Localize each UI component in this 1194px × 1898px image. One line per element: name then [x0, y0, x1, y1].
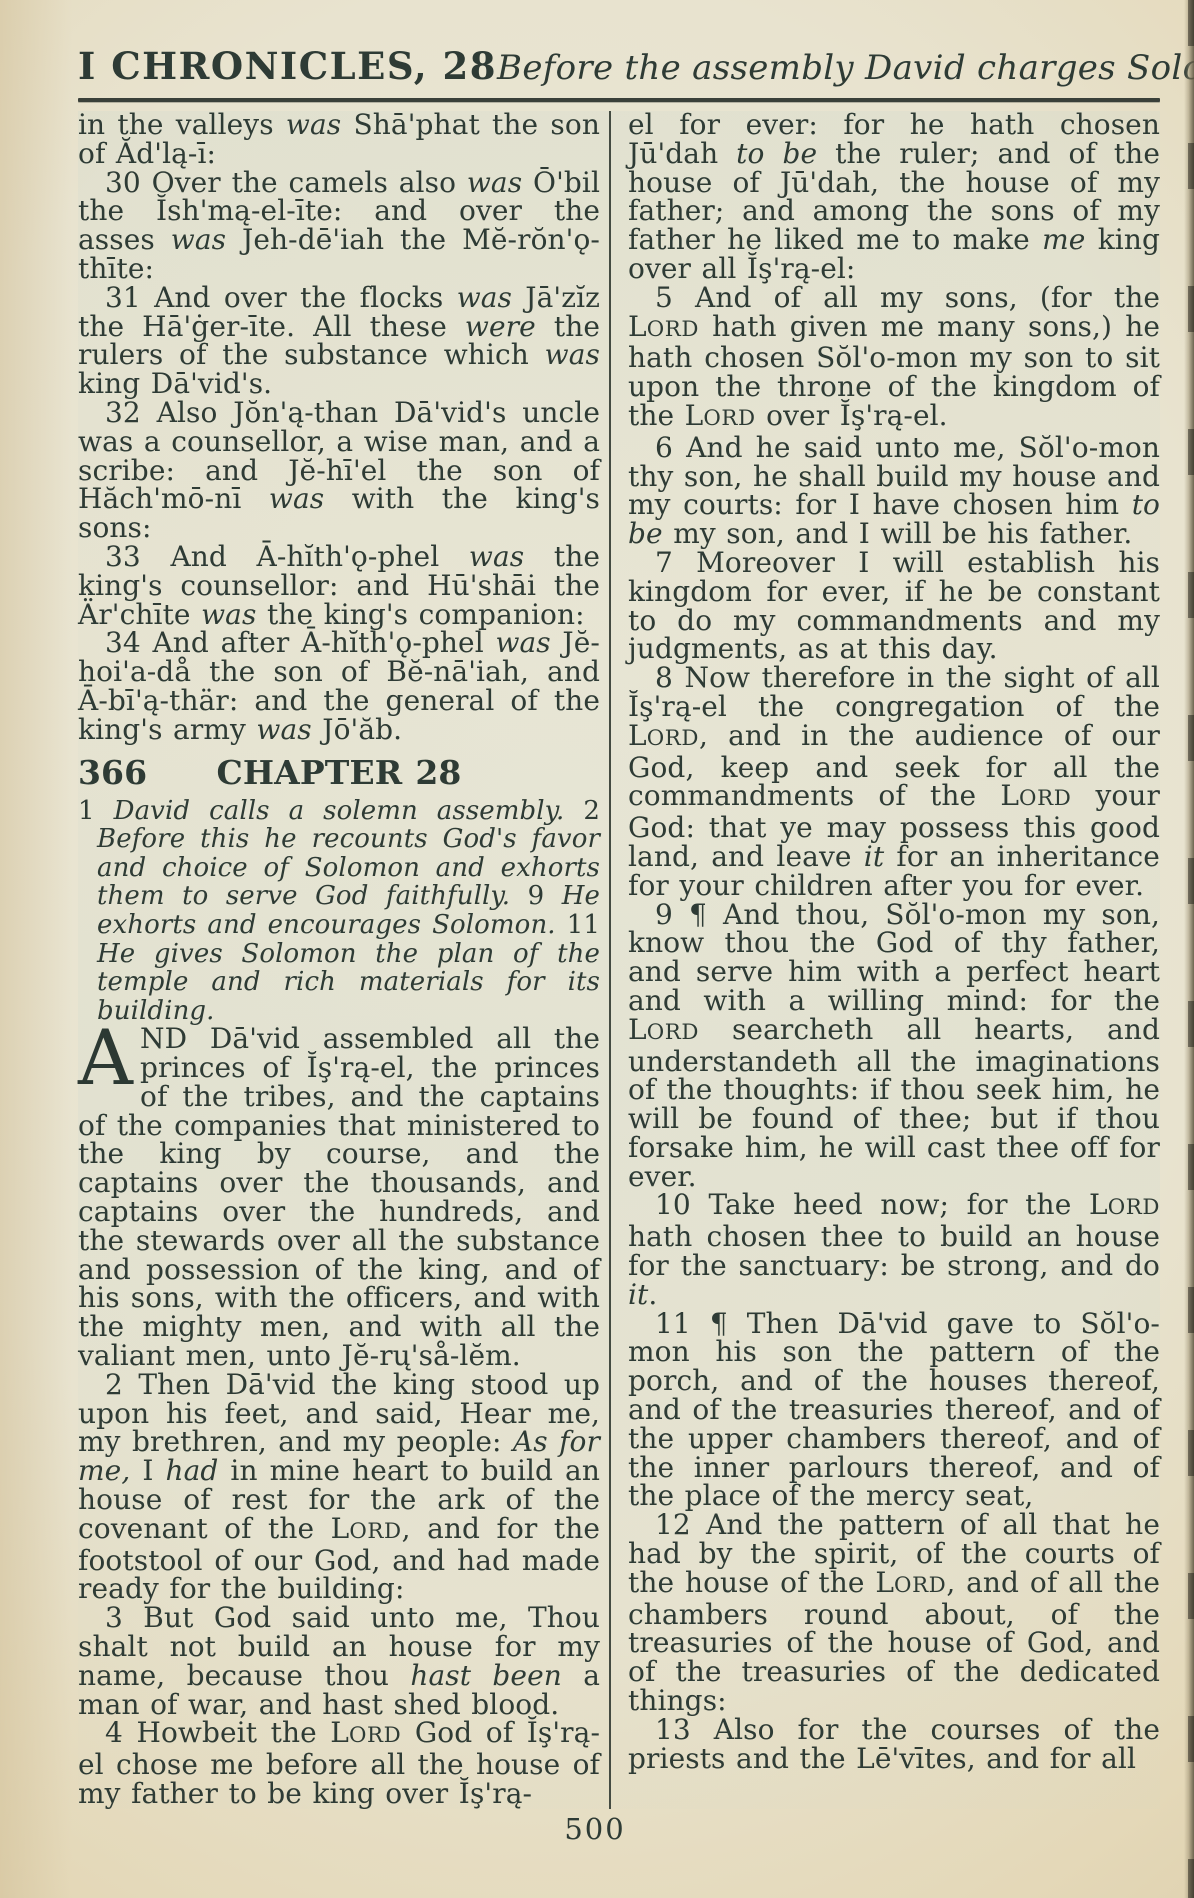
verse-paragraph: 10 Take heed now; for the LORD hath chos… [628, 1191, 1160, 1309]
bible-page: I CHRONICLES, 28 Before the assembly Dav… [0, 0, 1194, 1898]
verse-paragraph: 11 ¶ Then Dā'vid gave to Sŏl'o-mon his s… [628, 1310, 1160, 1512]
verse-paragraph: 2 Then Dā'vid the king stood up upon his… [78, 1371, 600, 1604]
chapter-summary: 1 David calls a solemn assembly. 2 Befor… [78, 797, 600, 1026]
page-number: 500 [78, 1812, 1160, 1846]
verse-paragraph: 9 ¶ And thou, Sŏl'o-mon my son, know tho… [628, 901, 1160, 1192]
verse-paragraph: 31 And over the flocks was Jā'zĭz the Hā… [78, 284, 600, 399]
lord-smallcaps: LORD [331, 1512, 402, 1545]
left-column: in the valleys was Shā'phat the son of Ă… [78, 111, 609, 1809]
verse-paragraph: AND Dā'vid assembled all the princes of … [78, 1025, 600, 1371]
text-columns: in the valleys was Shā'phat the son of Ă… [78, 111, 1160, 1809]
lord-smallcaps: LORD [685, 399, 756, 432]
verse-paragraph: 34 And after Ā-hĭth'ǫ-phel was Jĕ-hoi'a-… [78, 629, 600, 744]
page-header: I CHRONICLES, 28 Before the assembly Dav… [78, 44, 1160, 98]
verse-paragraph: 30 Over the camels also was Ō'bil the Ĭs… [78, 169, 600, 284]
verse-paragraph: 5 And of all my sons, (for the LORD hath… [628, 284, 1160, 434]
running-head: Before the assembly David charges Solomo… [497, 48, 1194, 88]
page-content: I CHRONICLES, 28 Before the assembly Dav… [78, 44, 1160, 1846]
verse-paragraph: 6 And he said unto me, Sŏl'o-mon thy son… [628, 434, 1160, 549]
chapter-heading: 366CHAPTER 28 [78, 756, 600, 790]
page-left-margin-shade [0, 0, 72, 1898]
verse-paragraph: 7 Moreover I will establish his kingdom … [628, 549, 1160, 664]
verse-paragraph: el for ever: for he hath chosen Jū'dah t… [628, 111, 1160, 284]
verse-paragraph: 33 And Ā-hĭth'ǫ-phel was the king's coun… [78, 543, 600, 629]
verse-paragraph: 8 Now therefore in the sight of all Ĭş'r… [628, 664, 1160, 900]
lord-smallcaps: LORD [628, 719, 699, 752]
lord-smallcaps: LORD [1089, 1188, 1160, 1221]
page-edge-artifacts [1184, 0, 1194, 1898]
chapter-title: CHAPTER 28 [217, 753, 462, 792]
lord-smallcaps: LORD [1000, 779, 1071, 812]
verse-paragraph: 32 Also Jŏn'ą-than Dā'vid's uncle was a … [78, 399, 600, 543]
section-number: 366 [78, 756, 147, 790]
lord-smallcaps: LORD [330, 1716, 401, 1749]
verse-paragraph: 12 And the pattern of all that he had by… [628, 1511, 1160, 1716]
header-rule [78, 98, 1160, 102]
verse-paragraph: 3 But God said unto me, Thou shalt not b… [78, 1604, 600, 1719]
lord-smallcaps: LORD [628, 1013, 699, 1046]
verse-paragraph: 4 Howbeit the LORD God of Ĭş'rą-el chose… [78, 1719, 600, 1808]
verse-paragraph: in the valleys was Shā'phat the son of Ă… [78, 111, 600, 169]
lord-smallcaps: LORD [875, 1566, 946, 1599]
book-chapter-title: I CHRONICLES, 28 [78, 44, 497, 88]
right-column: el for ever: for he hath chosen Jū'dah t… [609, 111, 1160, 1809]
lord-smallcaps: LORD [628, 310, 699, 343]
verse-paragraph: 13 Also for the courses of the priests a… [628, 1716, 1160, 1774]
